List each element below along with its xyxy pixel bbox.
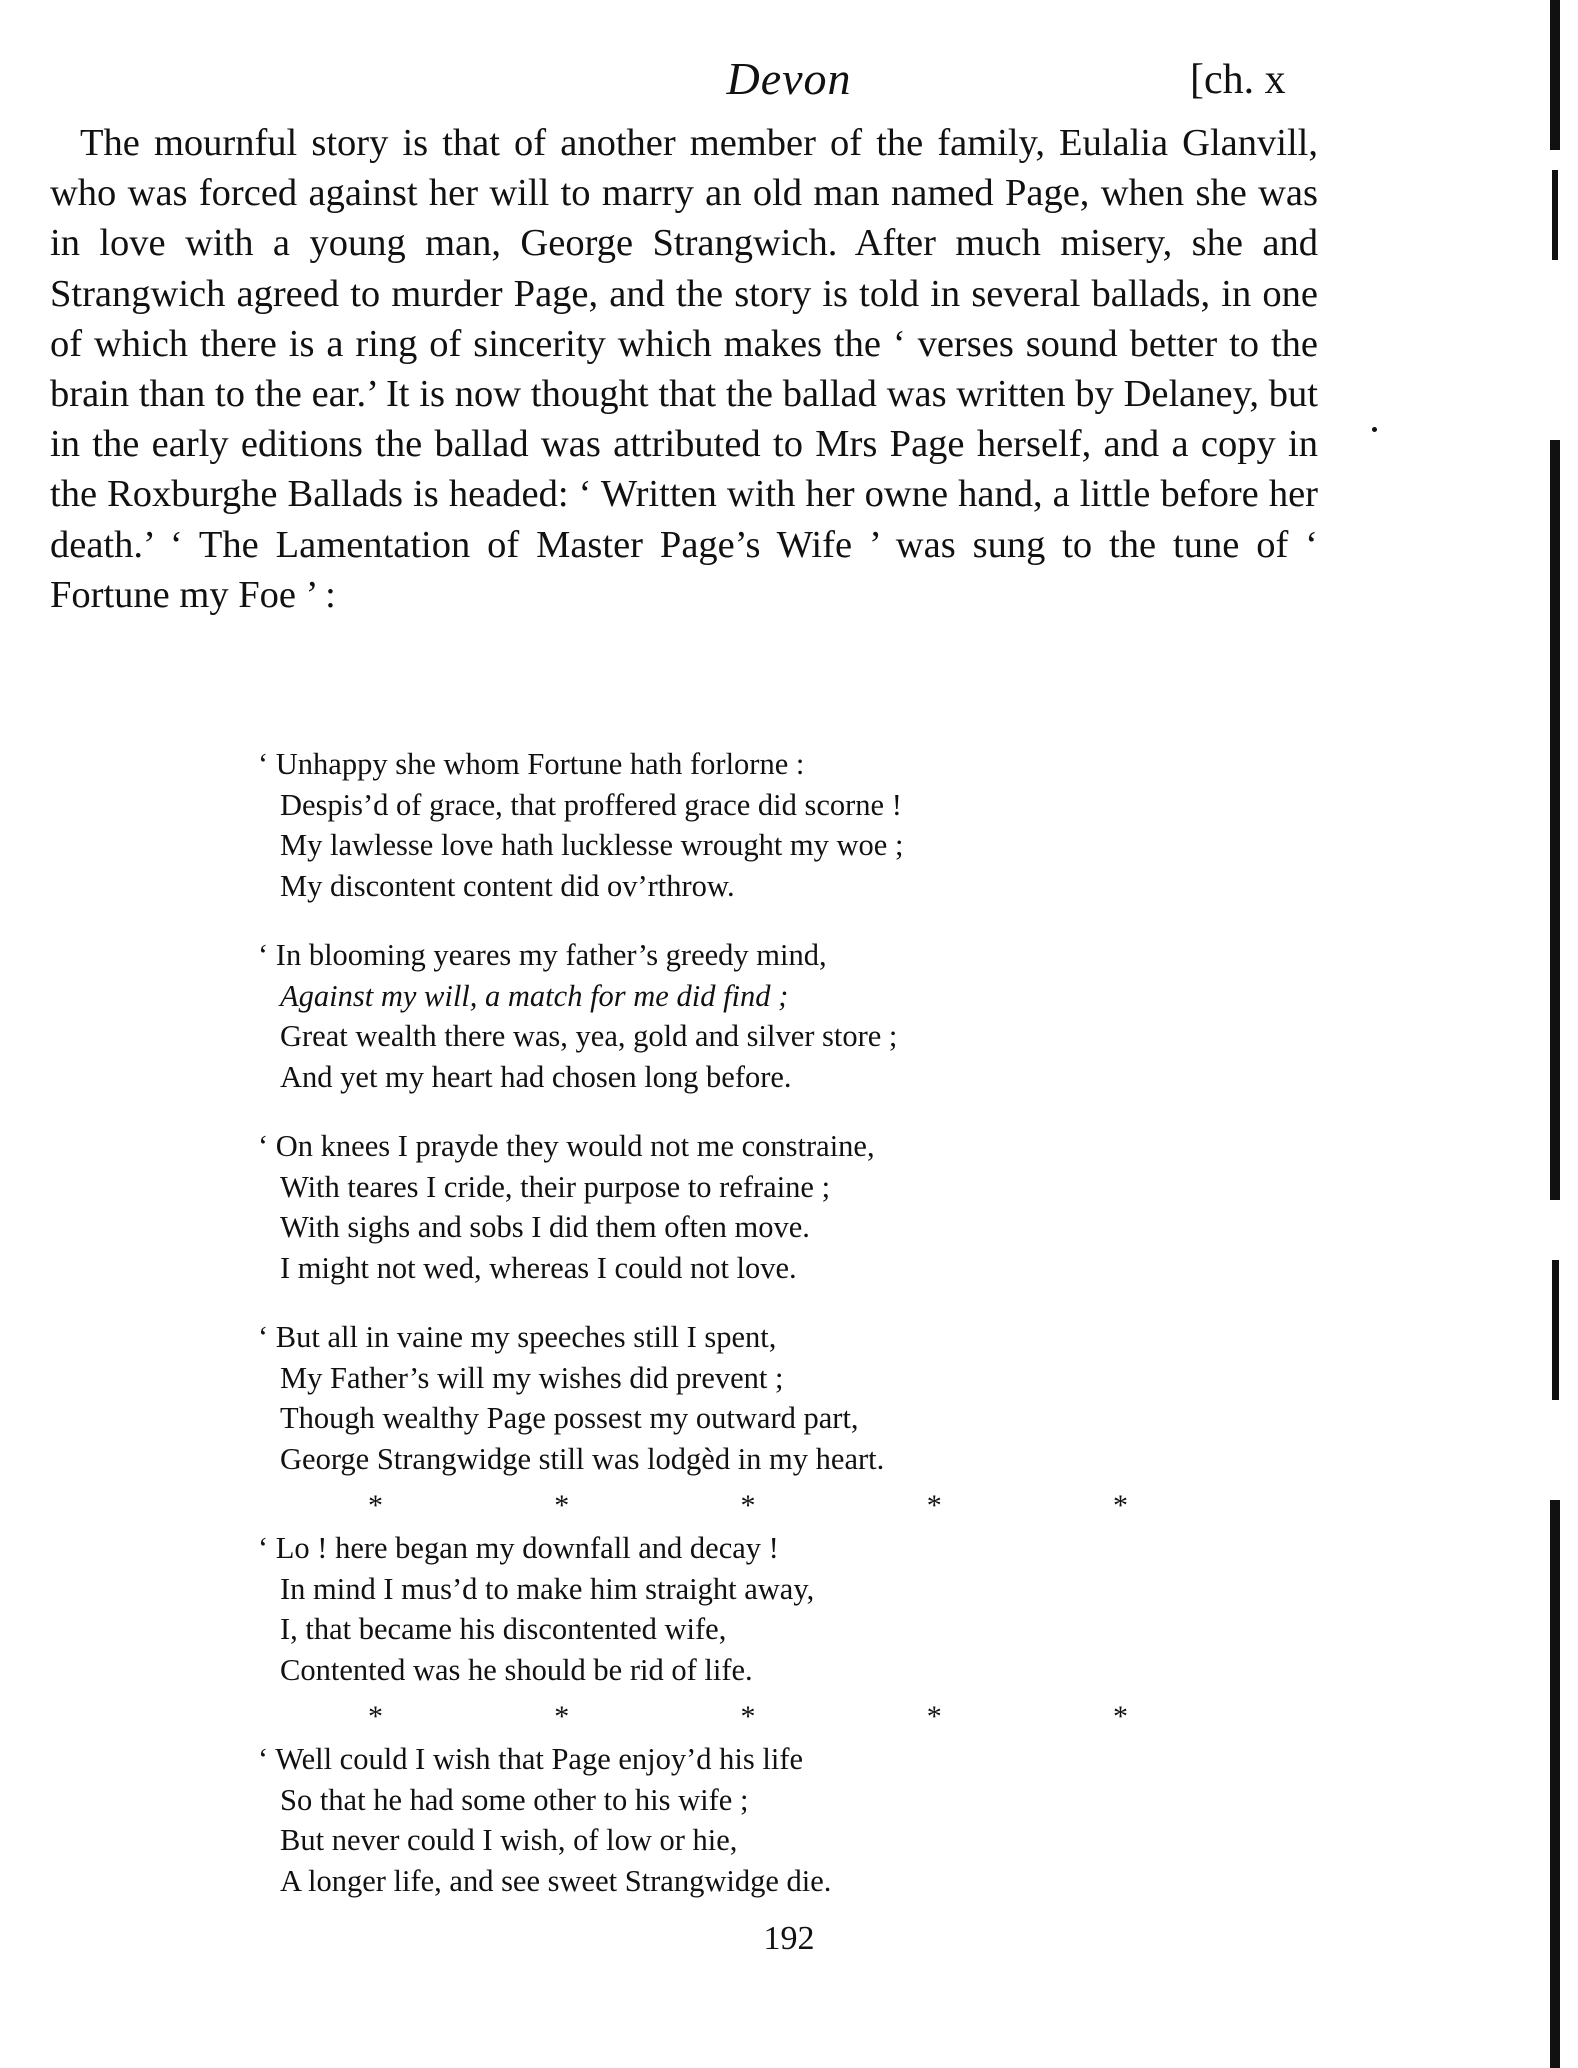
verse-line: Against my will, a match for me did find… — [258, 976, 1158, 1017]
asterisk: * — [368, 1488, 383, 1524]
scan-speck — [1372, 427, 1377, 432]
verse-line: In mind I mus’d to make him straight awa… — [258, 1569, 1158, 1610]
verse-line: With sighs and sobs I did them often mov… — [258, 1207, 1158, 1248]
asterisk: * — [927, 1699, 942, 1735]
asterisk: * — [1113, 1488, 1128, 1524]
verse-line: ‘ In blooming yeares my father’s greedy … — [258, 935, 1158, 976]
verse-line: But never could I wish, of low or hie, — [258, 1820, 1158, 1861]
verse-line: Though wealthy Page possest my outward p… — [258, 1398, 1158, 1439]
verse-line: ‘ Lo ! here began my downfall and decay … — [258, 1528, 1158, 1569]
ballad-verses: ‘ Unhappy she whom Fortune hath forlorne… — [258, 744, 1158, 1930]
verse-line: And yet my heart had chosen long before. — [258, 1057, 1158, 1098]
asterism-divider: * * * * * — [258, 1488, 1128, 1524]
chapter-reference: [ch. x — [1190, 56, 1286, 104]
verse-line: ‘ Unhappy she whom Fortune hath forlorne… — [258, 744, 1158, 785]
binding-shadow — [1552, 1260, 1559, 1400]
verse-line: I might not wed, whereas I could not lov… — [258, 1248, 1158, 1289]
verse-line: A longer life, and see sweet Strangwidge… — [258, 1861, 1158, 1902]
page-number: 192 — [0, 1920, 1578, 1958]
running-title: Devon — [0, 52, 1578, 105]
verse-line: With teares I cride, their purpose to re… — [258, 1167, 1158, 1208]
verse-line: ‘ Well could I wish that Page enjoy’d hi… — [258, 1739, 1158, 1780]
asterisk: * — [741, 1488, 756, 1524]
prose-paragraph: The mournful story is that of another me… — [50, 118, 1318, 620]
verse-line: ‘ On knees I prayde they would not me co… — [258, 1126, 1158, 1167]
stanza-1: ‘ Unhappy she whom Fortune hath forlorne… — [258, 744, 1158, 906]
verse-line: ‘ But all in vaine my speeches still I s… — [258, 1317, 1158, 1358]
prose-body: The mournful story is that of another me… — [50, 118, 1318, 620]
stanza-6: ‘ Well could I wish that Page enjoy’d hi… — [258, 1739, 1158, 1901]
verse-line: Despis’d of grace, that proffered grace … — [258, 785, 1158, 826]
asterism-divider: * * * * * — [258, 1699, 1128, 1735]
verse-line: My lawlesse love hath lucklesse wrought … — [258, 825, 1158, 866]
asterisk: * — [368, 1699, 383, 1735]
asterisk: * — [554, 1488, 569, 1524]
verse-line: Contented was he should be rid of life. — [258, 1650, 1158, 1691]
verse-line: Great wealth there was, yea, gold and si… — [258, 1016, 1158, 1057]
stanza-5: ‘ Lo ! here began my downfall and decay … — [258, 1528, 1158, 1690]
verse-line: So that he had some other to his wife ; — [258, 1780, 1158, 1821]
book-page: Devon [ch. x The mournful story is that … — [0, 0, 1578, 2068]
verse-line: I, that became his discontented wife, — [258, 1609, 1158, 1650]
binding-shadow — [1550, 1500, 1560, 2068]
asterisk: * — [741, 1699, 756, 1735]
asterisk: * — [1113, 1699, 1128, 1735]
verse-line: My Father’s will my wishes did prevent ; — [258, 1358, 1158, 1399]
stanza-2: ‘ In blooming yeares my father’s greedy … — [258, 935, 1158, 1097]
stanza-4: ‘ But all in vaine my speeches still I s… — [258, 1317, 1158, 1479]
binding-shadow — [1550, 440, 1560, 1200]
binding-shadow — [1550, 0, 1560, 150]
verse-line: My discontent content did ov’rthrow. — [258, 866, 1158, 907]
stanza-3: ‘ On knees I prayde they would not me co… — [258, 1126, 1158, 1288]
binding-shadow — [1552, 170, 1558, 260]
verse-line: George Strangwidge still was lodgèd in m… — [258, 1439, 1158, 1480]
asterisk: * — [927, 1488, 942, 1524]
scan-binding-edge — [1545, 0, 1567, 2068]
asterisk: * — [554, 1699, 569, 1735]
